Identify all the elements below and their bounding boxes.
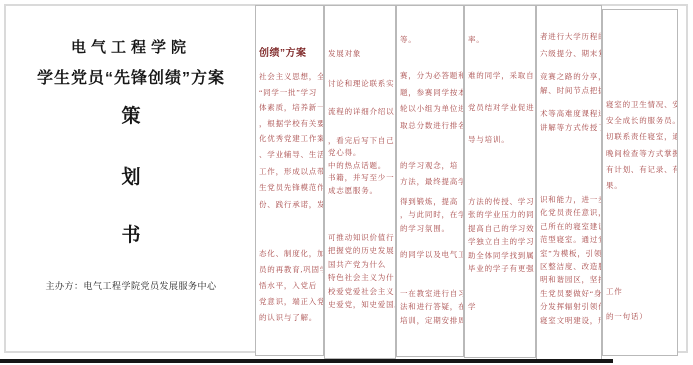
page-strip-2: 创绩”方案社会主义思想，全“同学一批”学习体素质，培养新一，根据学校有关要化优秀…: [255, 5, 324, 356]
strip-line: 法和进行答疑，在: [400, 300, 463, 313]
text-block: 方法的传授、学习张的学业压力的同提高自己的学习效学独立自主的学习助全体同学找到属…: [468, 195, 535, 275]
strip-line: 赛，分为必答题和: [400, 68, 463, 85]
text-block: 可推动知识价值行把握党的历史发展国共产党为什么特色社会主义为什校爱党爱社会主义史…: [328, 231, 395, 311]
strip-line: 员的再教育,巩固学: [259, 262, 323, 278]
text-block: 寝室的卫生情况、安安全成长的服务员。切联系责任寝室，通晚间检查等方式掌握有计划、…: [606, 97, 677, 194]
strip-line: 讨论和理论联系实: [328, 77, 395, 91]
text-block: 党心得。中的热点话题。书籍，并写至少一成志愿服务。: [328, 147, 395, 197]
text-block: 赛，分为必答题和题，参赛同学按本轮以小组为单位进取总分数进行排名。: [400, 68, 463, 134]
strip-line: 悟水平，入党后: [259, 278, 323, 294]
strip-line: 份、践行承诺，发: [259, 197, 323, 214]
strip-line: 明和谐园区，坚持党: [540, 273, 601, 286]
page-strip-6: 者进行大学历程的分六级提分、期末复习竞赛之路的分享，主解、时间节点把握因术等高难…: [536, 5, 602, 360]
text-block: 等。: [400, 33, 463, 47]
cover-big-char-ce: 策: [6, 101, 256, 128]
text-block: 、学业辅导、生活工作，形成以点带生党员先锋模范作份、践行承诺，发: [259, 147, 323, 213]
strip-line: 把握党的历史发展: [328, 244, 395, 257]
strip-line: 培训，定期安排周: [400, 314, 463, 327]
text-block: 导与培训。: [468, 133, 535, 147]
strip-line: 术等高难度课程进行: [540, 107, 601, 121]
strip-line: 发展对象: [328, 47, 395, 61]
strip-line: 识和能力，进一步强: [540, 193, 601, 206]
strip-line: 范型寝室。通过党员: [540, 233, 601, 246]
strip-line: 安全成长的服务员。: [606, 113, 677, 129]
strip-line: 毕业的学子有更强: [468, 262, 535, 275]
text-block: 讨论和理论联系实: [328, 77, 395, 91]
strip-line: 提高自己的学习效: [468, 222, 535, 235]
strip-line: 化党员责任意识，发: [540, 206, 601, 219]
strip-line: 的同学以及电气工: [400, 248, 463, 262]
strip-line: 得到锻炼，提高: [400, 195, 463, 208]
text-block: ，看完后写下自己: [328, 134, 395, 148]
text-block: 者进行大学历程的分六级提分、期末复习: [540, 28, 601, 62]
strip-line: 区整洁度、改造脏乱: [540, 260, 601, 273]
strip-line: 题，参赛同学按本: [400, 85, 463, 102]
strip-line: 党意识，端正入党: [259, 294, 323, 310]
text-block: 的学习观念，培方法，最终提高学: [400, 158, 463, 190]
text-block: 术等高难度课程进行讲解等方式传授了学: [540, 107, 601, 135]
strip-line: 者进行大学历程的分: [540, 28, 601, 45]
strip-line: 轮以小组为单位进: [400, 101, 463, 118]
text-block: 难的同学，采取自: [468, 69, 535, 83]
strip-line: 学独立自主的学习: [468, 235, 535, 248]
strip-line: 国共产党为什么: [328, 258, 395, 271]
strip-line: “同学一批”学习: [259, 85, 323, 101]
strip-line: 助全体同学找到属: [468, 249, 535, 262]
strip-line: 社会主义思想，全: [259, 69, 323, 85]
strip-line: 校爱党爱社会主义: [328, 285, 395, 298]
bottom-black-line: [0, 359, 613, 363]
strip-line: 六级提分、期末复习: [540, 45, 601, 62]
strip-line: ，看完后写下自己: [328, 134, 395, 148]
strip-line: ，与此同时，在学: [400, 208, 463, 221]
strip-line: 难的同学，采取自: [468, 69, 535, 83]
strip-line: 一在教室进行自习: [400, 287, 463, 300]
strip-line: 果。: [606, 178, 677, 194]
text-block: 竞赛之路的分享，主解、时间节点把握因: [540, 70, 601, 98]
text-block: 的一句话）: [606, 310, 677, 324]
strip-line: 解、时间节点把握因: [540, 84, 601, 98]
strip-line: 史爱党，知史爱国。: [328, 298, 395, 311]
strip-line: 的认识与了解。: [259, 310, 323, 326]
cover-title-line2: 学生党员“先锋创绩”方案: [6, 65, 256, 88]
strip-line: 的学习观念，培: [400, 158, 463, 174]
strip-line: 生党员先锋模范作: [259, 180, 323, 197]
text-block: 得到锻炼，提高，与此同时，在学的学习氛围。: [400, 195, 463, 235]
text-block: 流程的详细介绍以: [328, 105, 395, 119]
page-strip-3: 发展对象讨论和理论联系实流程的详细介绍以，看完后写下自己党心得。中的热点话题。书…: [324, 5, 396, 359]
strip-line: 中的热点话题。: [328, 160, 395, 173]
text-block: 发展对象: [328, 47, 395, 61]
strip-line: 切联系责任寝室，通: [606, 129, 677, 145]
strip-line: 可推动知识价值行: [328, 231, 395, 244]
strip-line: 有计划、有记录、有: [606, 162, 677, 178]
text-block: 一在教室进行自习法和进行答疑，在培训，定期安排周: [400, 287, 463, 327]
text-block: 创绩”方案: [259, 47, 323, 61]
strip-line: 讲解等方式传授了学: [540, 121, 601, 135]
strip-line: 态化、制度化，加: [259, 246, 323, 262]
cover-organizer-line: 主办方：电气工程学院党员发展服务中心: [6, 279, 256, 292]
strip-line: 张的学业压力的同: [468, 208, 535, 221]
text-block: 态化、制度化，加员的再教育,巩固学悟水平，入党后党意识，端正入党的认识与了解。: [259, 246, 323, 326]
cover-page: 电气工程学院 学生党员“先锋创绩”方案 策 划 书 主办方：电气工程学院党员发展…: [6, 6, 256, 351]
strip-line: 率。: [468, 33, 535, 47]
strip-line: 的一句话）: [606, 310, 677, 324]
strip-line: 竞赛之路的分享，主: [540, 70, 601, 84]
strip-line: 工作: [606, 285, 677, 299]
page-strip-5: 率。难的同学，采取自党员结对学业促进导与培训。方法的传授、学习张的学业压力的同提…: [464, 5, 536, 358]
strip-line: 方法，最终提高学: [400, 174, 463, 190]
strip-line: 流程的详细介绍以: [328, 105, 395, 119]
text-block: 的同学以及电气工: [400, 248, 463, 262]
strip-line: 分发挥辐射引领作用，: [540, 300, 601, 313]
strip-line: 体素质，培养新一: [259, 100, 323, 116]
strip-line: 寝室文明建设，形成: [540, 314, 601, 327]
strip-line: 成志愿服务。: [328, 185, 395, 198]
page-strip-4: 等。赛，分为必答题和题，参赛同学按本轮以小组为单位进取总分数进行排名。的学习观念…: [396, 5, 464, 357]
strip-line: 等。: [400, 33, 463, 47]
strip-line: 工作，形成以点带: [259, 164, 323, 181]
strip-line: 、学业辅导、生活: [259, 147, 323, 164]
text-block: 工作: [606, 285, 677, 299]
strip-line: 生党员要做好“身边: [540, 287, 601, 300]
cover-big-char-shu: 书: [6, 220, 256, 247]
strip-line: 室”为模板，引领其: [540, 247, 601, 260]
strip-line: 寝室的卫生情况、安: [606, 97, 677, 113]
cover-title-line1: 电气工程学院: [6, 36, 256, 57]
strip-line: 的学习氛围。: [400, 222, 463, 235]
text-block: 率。: [468, 33, 535, 47]
strip-line: 导与培训。: [468, 133, 535, 147]
strip-line: ，根据学校有关要: [259, 116, 323, 132]
strip-line: 方法的传授、学习: [468, 195, 535, 208]
strip-line: 党心得。: [328, 147, 395, 160]
text-block: 学: [468, 300, 535, 314]
cover-big-char-hua: 划: [6, 162, 256, 189]
page-strip-7: 寝室的卫生情况、安安全成长的服务员。切联系责任寝室，通晚间检查等方式掌握有计划、…: [602, 9, 678, 356]
strip-line: 化优秀党建工作案: [259, 131, 323, 147]
strip-line: 学: [468, 300, 535, 314]
strip-line: 党员结对学业促进: [468, 101, 535, 115]
text-block: 党员结对学业促进: [468, 101, 535, 115]
strip-line: 创绩”方案: [259, 47, 323, 61]
strip-line: 晚间检查等方式掌握: [606, 146, 677, 162]
strip-line: 书籍，并写至少一: [328, 172, 395, 185]
strip-line: 取总分数进行排名。: [400, 118, 463, 135]
strip-line: 己所在的寝室建设成: [540, 220, 601, 233]
strip-line: 特色社会主义为什: [328, 271, 395, 284]
text-block: 社会主义思想，全“同学一批”学习体素质，培养新一，根据学校有关要化优秀党建工作案: [259, 69, 323, 147]
text-block: 识和能力，进一步强化党员责任意识，发己所在的寝室建设成范型寝室。通过党员室”为模…: [540, 193, 601, 327]
